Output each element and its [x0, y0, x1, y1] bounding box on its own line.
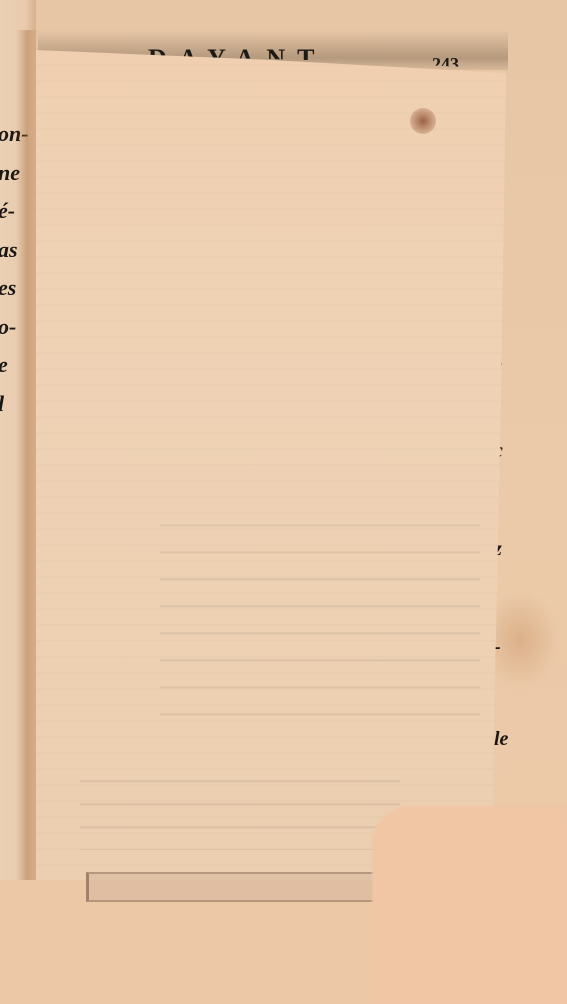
blurred-patch — [372, 806, 567, 1004]
show-through-text — [160, 500, 480, 720]
foxing-stain — [410, 108, 436, 134]
leaf-fold-edge — [86, 872, 379, 902]
book-gutter — [16, 30, 38, 880]
blank-inserted-leaf — [36, 50, 506, 880]
margin-char: le — [494, 728, 508, 751]
show-through-text — [80, 760, 400, 850]
